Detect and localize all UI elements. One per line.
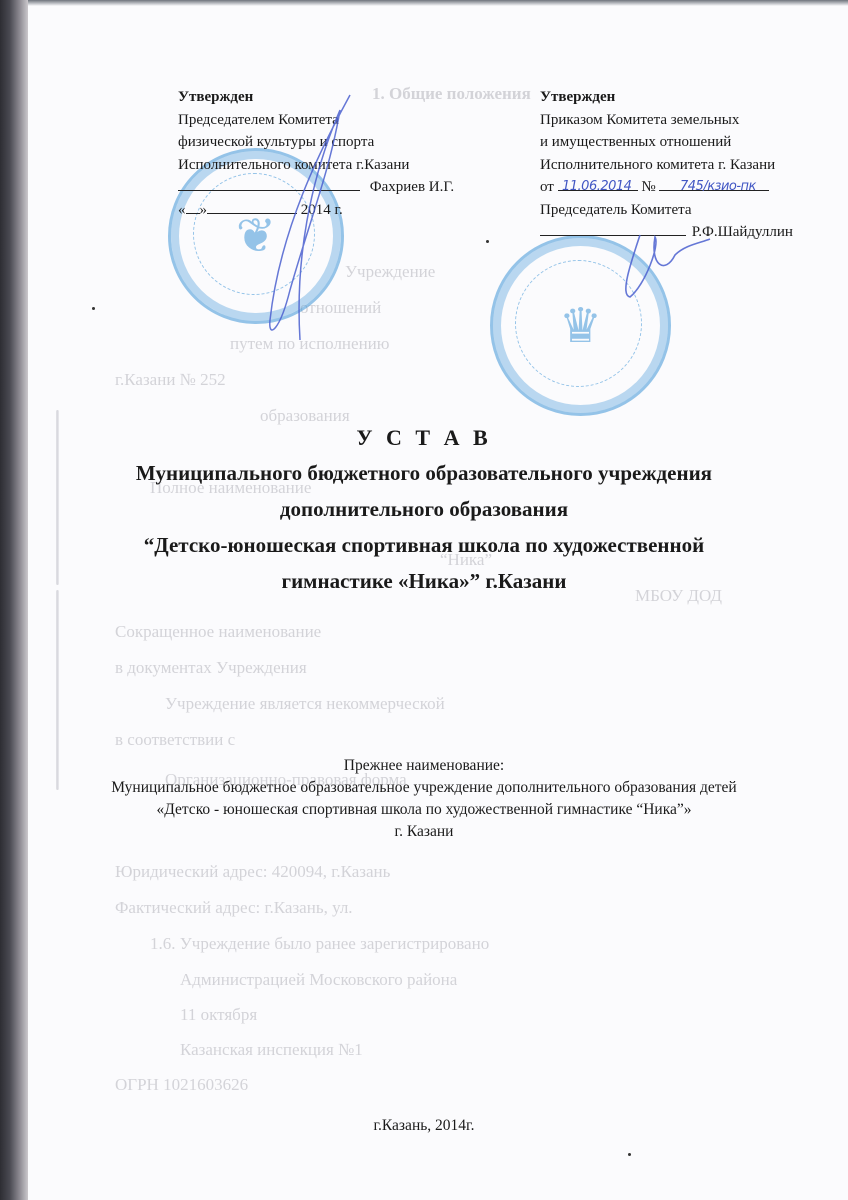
approval-block-right: Утвержден Приказом Комитета земельных и … <box>540 86 840 244</box>
day-field <box>186 199 200 214</box>
document-title: У С Т А В Муниципального бюджетного обра… <box>0 425 848 599</box>
approval-heading: Утвержден <box>540 86 840 109</box>
title-line: Муниципального бюджетного образовательно… <box>0 455 848 491</box>
former-name-line: Муниципальное бюджетное образовательное … <box>0 777 848 799</box>
emblem-icon: ♛ <box>559 298 602 354</box>
place-date: г.Казань, 2014г. <box>0 1117 848 1135</box>
approval-line: и имущественных отношений <box>540 131 840 154</box>
binding-edge <box>0 0 28 1200</box>
chair-label: Председатель Комитета <box>540 199 840 222</box>
order-line: от № 11.06.2014 745/кзио-пк <box>540 176 840 199</box>
scan-speck <box>92 307 95 310</box>
former-name-line: г. Казани <box>0 821 848 843</box>
title-line: дополнительного образования <box>0 491 848 527</box>
former-name-line: «Детско - юношеская спортивная школа по … <box>0 799 848 821</box>
title-line: “Детско-юношеская спортивная школа по ху… <box>0 527 848 563</box>
handwritten-number: 745/кзио-пк <box>680 176 756 199</box>
scan-top-edge <box>28 0 848 6</box>
handwritten-date: 11.06.2014 <box>562 176 631 199</box>
title-main: У С Т А В <box>0 425 848 451</box>
signature-left-icon <box>240 90 360 350</box>
title-line: гимнастике «Ника»” г.Казани <box>0 563 848 599</box>
scan-speck <box>628 1153 631 1156</box>
approval-line: Приказом Комитета земельных <box>540 109 840 132</box>
approval-line: Исполнительного комитета г. Казани <box>540 154 840 177</box>
former-name-block: Прежнее наименование: Муниципальное бюдж… <box>0 755 848 843</box>
signature-right-icon <box>610 225 720 305</box>
signatory-name: Фахриев И.Г. <box>370 179 454 195</box>
former-name-label: Прежнее наименование: <box>0 755 848 777</box>
scan-speck <box>486 240 489 243</box>
